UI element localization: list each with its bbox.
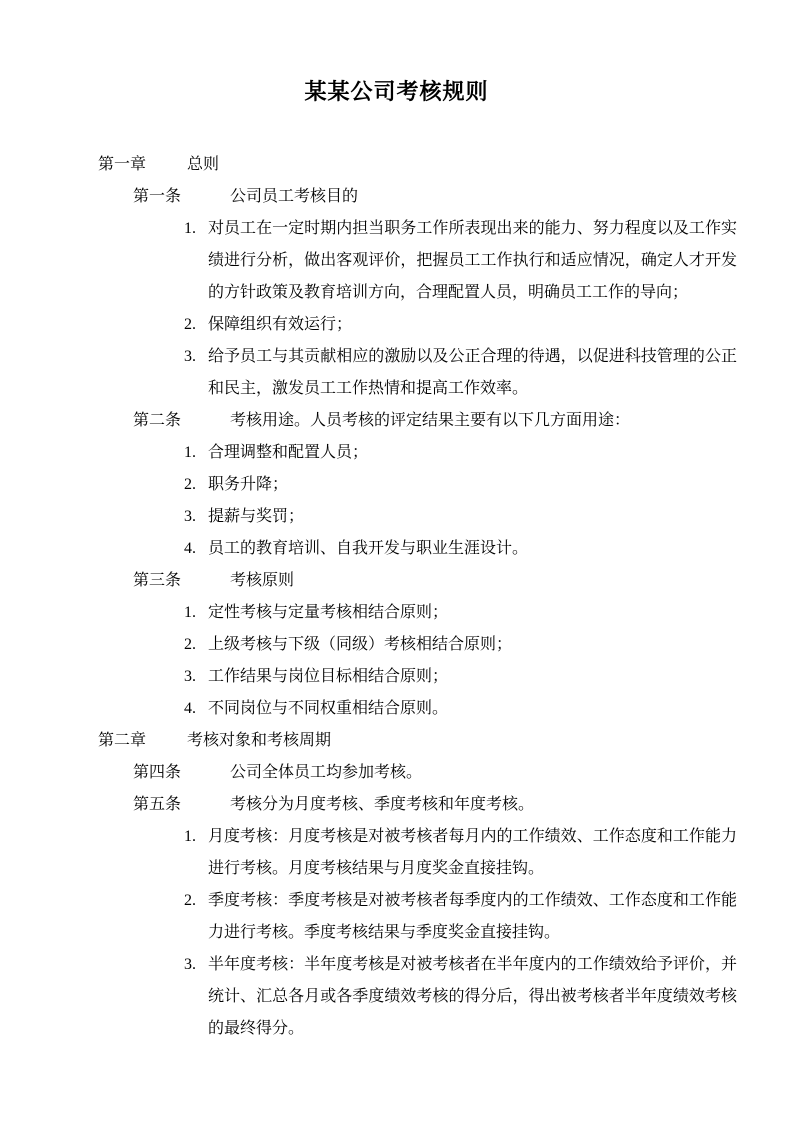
chapter-heading: 第一章 总则	[0, 149, 793, 181]
list-item-text: 给予员工与其贡献相应的激励以及公正合理的待遇，以促进科技管理的公正和民主，激发员…	[208, 341, 737, 405]
list-item-number: 1.	[184, 213, 208, 245]
article-text: 考核原则	[230, 565, 737, 597]
article-number-label: 第五条	[133, 789, 230, 821]
article-heading: 第一条 公司员工考核目的	[0, 181, 793, 213]
list-item-text: 半年度考核：半年度考核是对被考核者在半年度内的工作绩效给予评价，并统计、汇总各月…	[208, 949, 737, 1045]
list-item-number: 2.	[184, 469, 208, 501]
list-item-text: 合理调整和配置人员；	[208, 437, 737, 469]
list-item-text: 提薪与奖罚；	[208, 501, 737, 533]
list-item-text: 工作结果与岗位目标相结合原则；	[208, 661, 737, 693]
article-text: 公司员工考核目的	[230, 181, 737, 213]
list-item-text: 上级考核与下级（同级）考核相结合原则；	[208, 629, 737, 661]
numbered-list-item: 3. 提薪与奖罚；	[0, 501, 793, 533]
chapter-number-label: 第一章	[98, 149, 187, 181]
list-item-number: 4.	[184, 533, 208, 565]
article-number-label: 第四条	[133, 757, 230, 789]
article-number-label: 第三条	[133, 565, 230, 597]
article-heading: 第三条 考核原则	[0, 565, 793, 597]
chapter-title-text: 考核对象和考核周期	[187, 725, 737, 757]
numbered-list-item: 3. 半年度考核：半年度考核是对被考核者在半年度内的工作绩效给予评价，并统计、汇…	[0, 949, 793, 1045]
numbered-list-item: 4. 不同岗位与不同权重相结合原则。	[0, 693, 793, 725]
article-number-label: 第一条	[133, 181, 230, 213]
list-item-number: 2.	[184, 629, 208, 661]
numbered-list-item: 2. 职务升降；	[0, 469, 793, 501]
article-heading: 第二条 考核用途。人员考核的评定结果主要有以下几方面用途：	[0, 405, 793, 437]
list-item-text: 季度考核：季度考核是对被考核者每季度内的工作绩效、工作态度和工作能力进行考核。季…	[208, 885, 737, 949]
list-item-text: 员工的教育培训、自我开发与职业生涯设计。	[208, 533, 737, 565]
numbered-list-item: 1. 月度考核：月度考核是对被考核者每月内的工作绩效、工作态度和工作能力进行考核…	[0, 821, 793, 885]
document-title: 某某公司考核规则	[0, 76, 793, 108]
numbered-list-item: 2. 保障组织有效运行；	[0, 309, 793, 341]
chapter-number-label: 第二章	[98, 725, 187, 757]
article-number-label: 第二条	[133, 405, 230, 437]
list-item-text: 月度考核：月度考核是对被考核者每月内的工作绩效、工作态度和工作能力进行考核。月度…	[208, 821, 737, 885]
list-item-number: 3.	[184, 661, 208, 693]
article-heading: 第四条 公司全体员工均参加考核。	[0, 757, 793, 789]
list-item-number: 1.	[184, 437, 208, 469]
list-item-number: 3.	[184, 501, 208, 533]
list-item-number: 3.	[184, 949, 208, 981]
article-text: 考核用途。人员考核的评定结果主要有以下几方面用途：	[230, 405, 737, 437]
article-text: 公司全体员工均参加考核。	[230, 757, 737, 789]
list-item-number: 4.	[184, 693, 208, 725]
article-text: 考核分为月度考核、季度考核和年度考核。	[230, 789, 737, 821]
list-item-number: 1.	[184, 821, 208, 853]
numbered-list-item: 4. 员工的教育培训、自我开发与职业生涯设计。	[0, 533, 793, 565]
numbered-list-item: 3. 给予员工与其贡献相应的激励以及公正合理的待遇，以促进科技管理的公正和民主，…	[0, 341, 793, 405]
list-item-number: 3.	[184, 341, 208, 373]
numbered-list-item: 1. 对员工在一定时期内担当职务工作所表现出来的能力、努力程度以及工作实绩进行分…	[0, 213, 793, 309]
list-item-text: 保障组织有效运行；	[208, 309, 737, 341]
numbered-list-item: 1. 合理调整和配置人员；	[0, 437, 793, 469]
list-item-number: 1.	[184, 597, 208, 629]
numbered-list-item: 2. 上级考核与下级（同级）考核相结合原则；	[0, 629, 793, 661]
numbered-list-item: 1. 定性考核与定量考核相结合原则；	[0, 597, 793, 629]
list-item-number: 2.	[184, 309, 208, 341]
list-item-text: 不同岗位与不同权重相结合原则。	[208, 693, 737, 725]
numbered-list-item: 2. 季度考核：季度考核是对被考核者每季度内的工作绩效、工作态度和工作能力进行考…	[0, 885, 793, 949]
numbered-list-item: 3. 工作结果与岗位目标相结合原则；	[0, 661, 793, 693]
list-item-text: 对员工在一定时期内担当职务工作所表现出来的能力、努力程度以及工作实绩进行分析，做…	[208, 213, 737, 309]
document-page: 某某公司考核规则 第一章 总则 第一条 公司员工考核目的 1. 对员工在一定时期…	[0, 0, 793, 1122]
article-heading: 第五条 考核分为月度考核、季度考核和年度考核。	[0, 789, 793, 821]
list-item-text: 职务升降；	[208, 469, 737, 501]
document-body: 第一章 总则 第一条 公司员工考核目的 1. 对员工在一定时期内担当职务工作所表…	[0, 149, 793, 1045]
chapter-heading: 第二章 考核对象和考核周期	[0, 725, 793, 757]
chapter-title-text: 总则	[187, 149, 737, 181]
list-item-text: 定性考核与定量考核相结合原则；	[208, 597, 737, 629]
list-item-number: 2.	[184, 885, 208, 917]
